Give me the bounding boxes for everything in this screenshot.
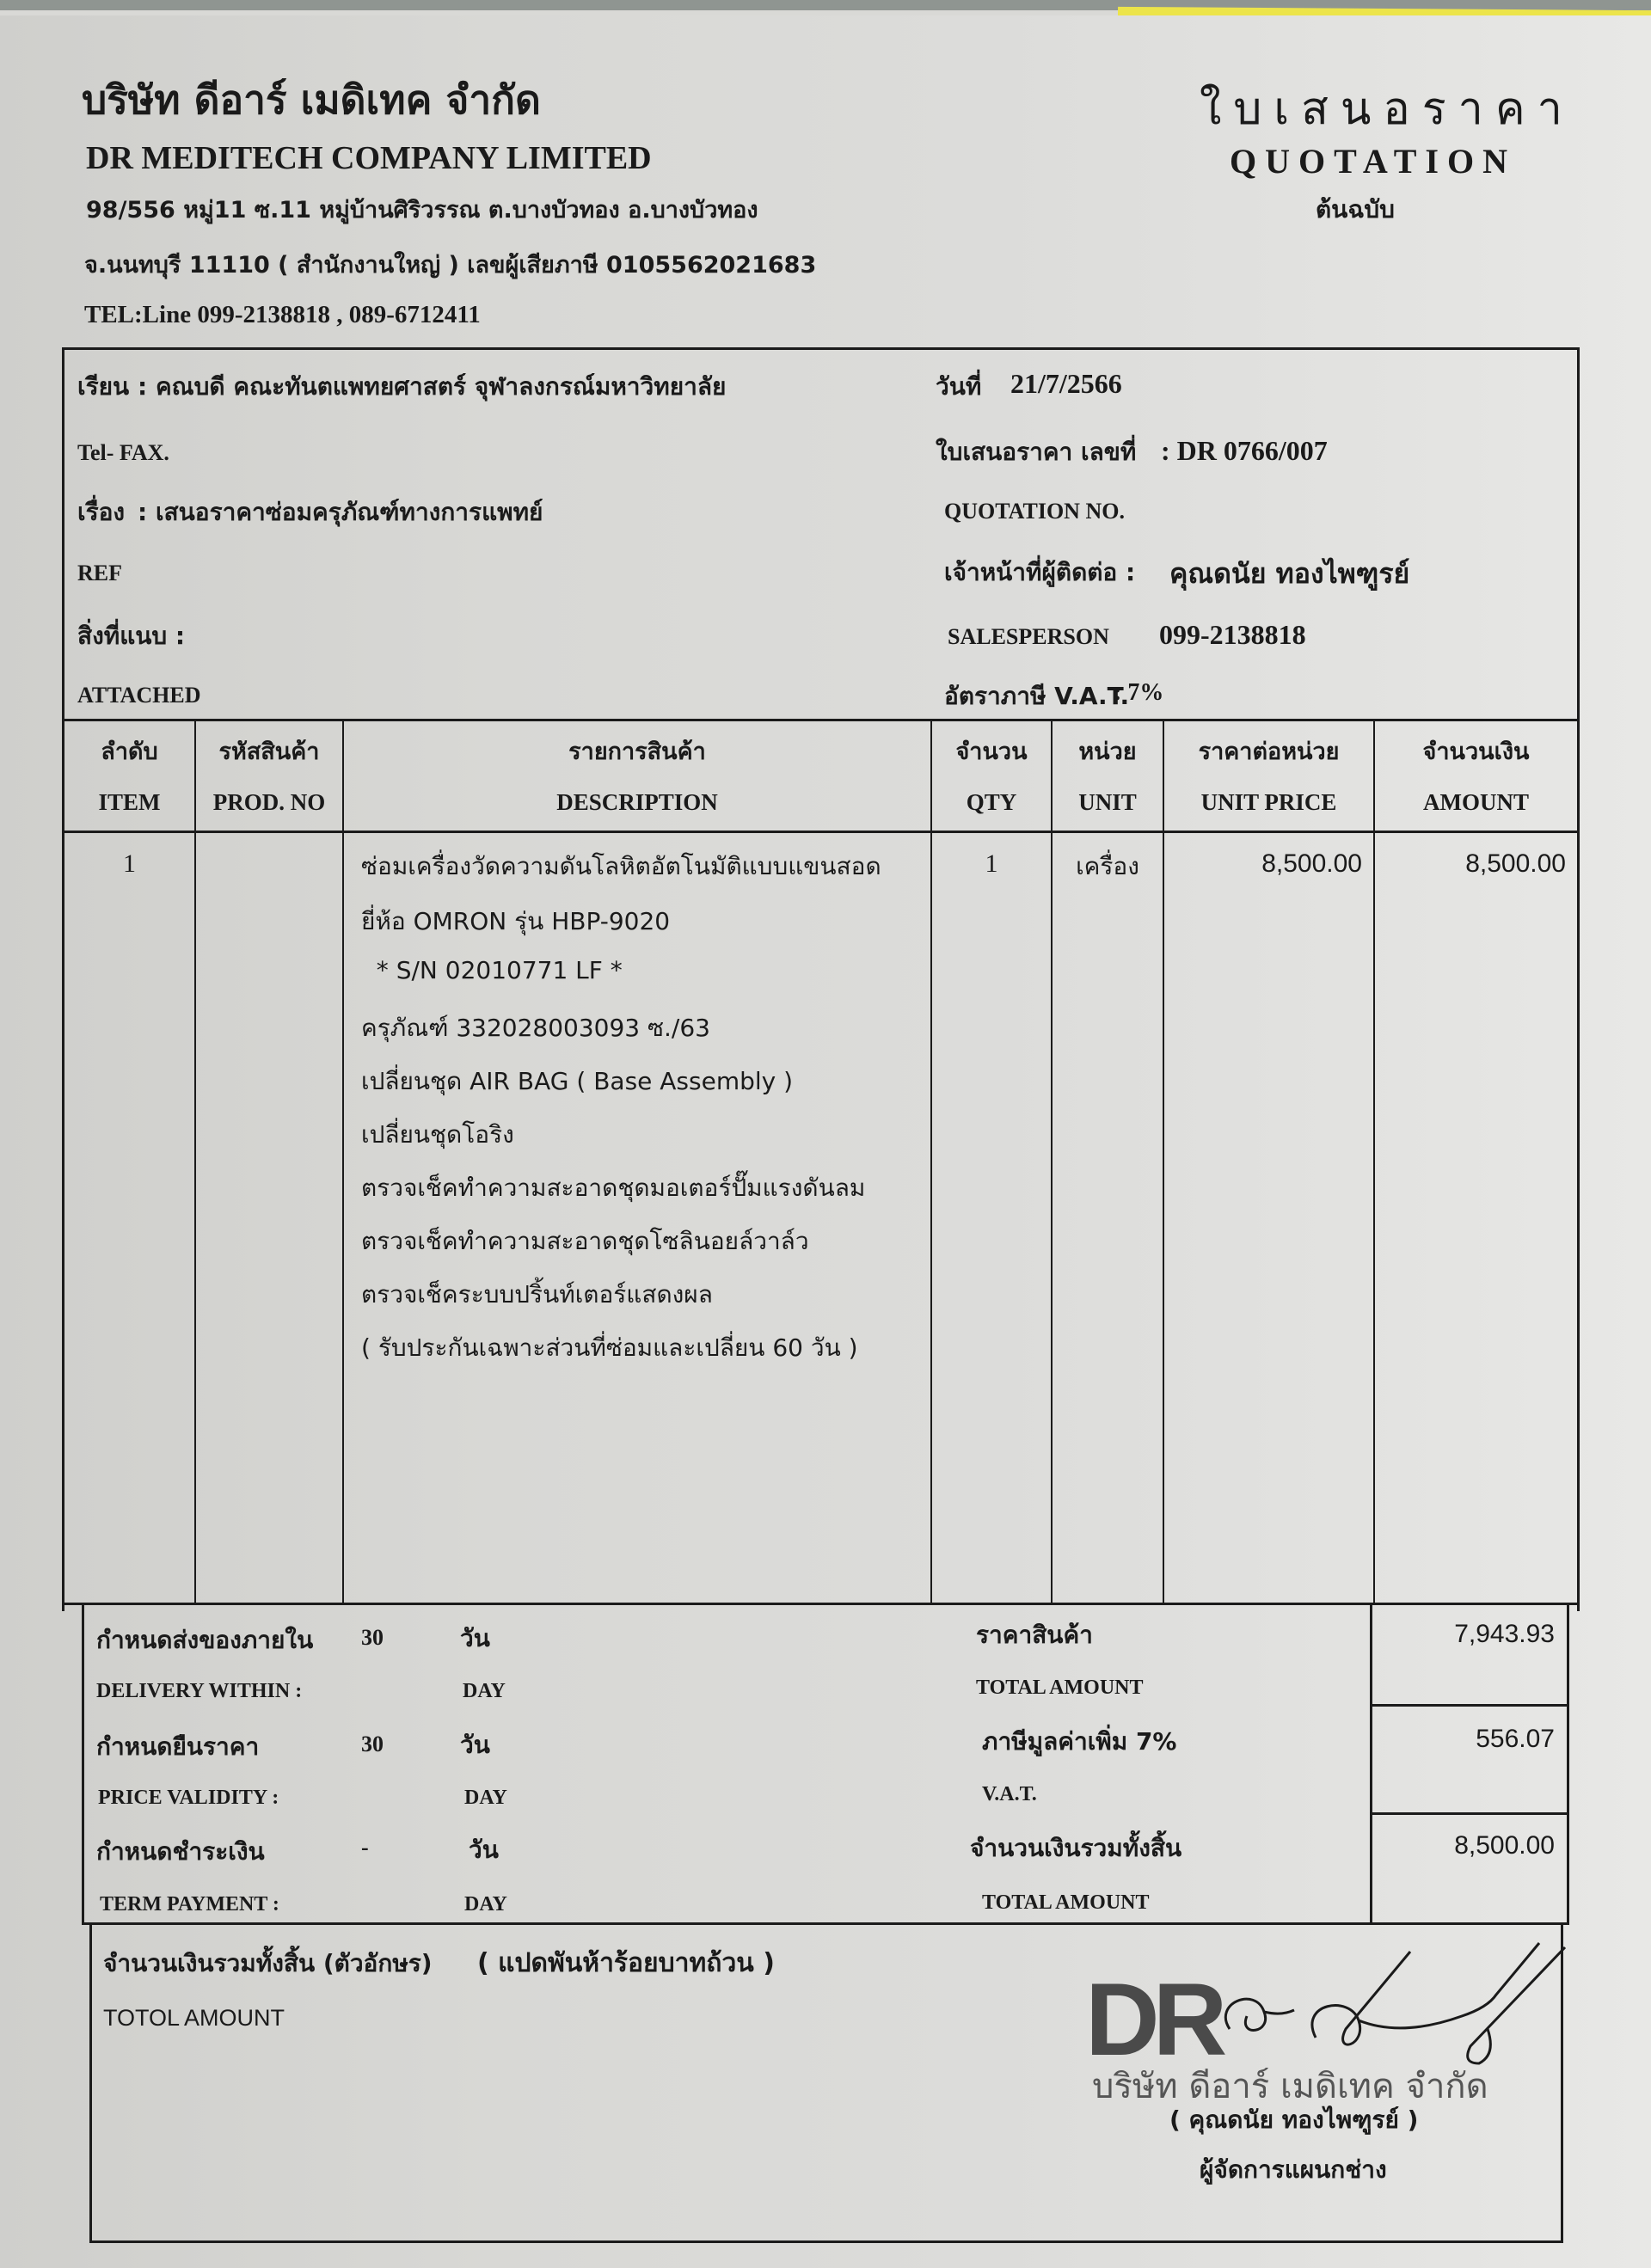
column-header-item-thai: ลำดับ (64, 733, 194, 769)
table-header-bottom-border (62, 831, 1580, 833)
telfax-label: Tel- FAX. (77, 440, 169, 466)
delivery-unit-english: DAY (463, 1680, 506, 1703)
table-header-top-border (62, 719, 1580, 721)
delivery-value: 30 (361, 1625, 384, 1651)
description-line: ( รับประกันเฉพาะส่วนที่ซ่อมและเปลี่ยน 60… (361, 1329, 858, 1367)
price-validity-unit-english: DAY (464, 1787, 507, 1810)
row-amount: 8,500.00 (1375, 849, 1566, 879)
words-bottom-border (89, 2240, 1563, 2243)
column-header-prod-no-thai: รหัสสินค้า (196, 733, 342, 769)
column-header-unit-price-thai: ราคาต่อหน่วย (1164, 733, 1373, 769)
price-validity-label-english: PRICE VALIDITY : (98, 1787, 279, 1810)
vat-label-english: V.A.T. (982, 1783, 1037, 1806)
attached-label-english: ATTACHED (77, 683, 201, 708)
column-header-amount: AMOUNT (1375, 789, 1577, 816)
document-title-english: QUOTATION (1230, 141, 1516, 181)
row-qty: 1 (932, 849, 1051, 879)
company-name-english: DR MEDITECH COMPANY LIMITED (86, 139, 652, 177)
vat-rate-value: : 7% (1114, 679, 1163, 707)
ref-label: REF (77, 561, 122, 586)
delivery-label-thai: กำหนดส่งของภายใน (96, 1621, 313, 1659)
description-line: ซ่อมเครื่องวัดความดันโลหิตอัตโนมัติแบบแข… (361, 848, 881, 886)
company-name-thai: บริษัท ดีอาร์ เมดิเทค จำกัด (82, 69, 541, 132)
document-title-thai: ใบเสนอราคา (1200, 72, 1574, 144)
description-line: ตรวจเช็คทำความสะอาดชุดมอเตอร์ปั๊มแรงดันล… (361, 1169, 865, 1207)
recipient-label: เรียน (77, 368, 129, 406)
column-header-unit-price: UNIT PRICE (1164, 789, 1373, 816)
delivery-label-english: DELIVERY WITHIN : (96, 1680, 302, 1703)
quotation-number-value: : DR 0766/007 (1161, 435, 1328, 467)
company-telephone: TEL:Line 099-2138818 , 089-6712411 (84, 301, 481, 329)
column-header-description-thai: รายการสินค้า (344, 733, 930, 769)
terms-left-border (82, 1604, 84, 1924)
delivery-unit-thai: วัน (460, 1620, 490, 1658)
terms-bottom-border (82, 1922, 1569, 1925)
column-header-qty: QTY (932, 789, 1051, 816)
signer-name: ( คุณดนัย ทองไพฑูรย์ ) (1169, 2101, 1418, 2139)
grand-total-value: 8,500.00 (1372, 1831, 1555, 1860)
price-validity-label-thai: กำหนดยืนราคา (96, 1728, 259, 1766)
column-header-unit-thai: หน่วย (1053, 733, 1163, 769)
column-header-prod-no: PROD. NO (196, 789, 342, 816)
grand-total-label-thai: จำนวนเงินรวมทั้งสิ้น (970, 1830, 1181, 1867)
payment-term-unit-english: DAY (464, 1893, 507, 1916)
company-address-line2: จ.นนทบุรี 11110 ( สำนักงานใหญ่ ) เลขผู้เ… (84, 246, 816, 283)
subtotal-value: 7,943.93 (1372, 1620, 1555, 1649)
attached-label-thai: สิ่งที่แนบ : (77, 617, 185, 655)
quotation-number-label: ใบเสนอราคา เลขที่ (936, 433, 1136, 471)
table-bottom-border (62, 1603, 1580, 1605)
company-address-line1: 98/556 หมู่11 ซ.11 หมู่บ้านศิริวรรณ ต.บา… (86, 191, 758, 228)
description-line: ครุภัณฑ์ 332028003093 ซ./63 (361, 1009, 710, 1047)
description-line: ยี่ห้อ OMRON รุ่น HBP-9020 (361, 903, 670, 941)
vat-value: 556.07 (1372, 1725, 1555, 1754)
row-unit: เครื่อง (1053, 848, 1163, 886)
payment-term-unit-thai: วัน (469, 1831, 499, 1869)
frame-left-border (62, 347, 64, 1611)
payment-term-value: - (361, 1835, 369, 1860)
column-header-description: DESCRIPTION (344, 789, 930, 816)
payment-term-label-english: TERM PAYMENT : (100, 1893, 279, 1916)
subject-value: : เสนอราคาซ่อมครุภัณฑ์ทางการแพทย์ (138, 493, 543, 531)
totals-row-divider (1370, 1704, 1568, 1707)
vat-rate-label: อัตราภาษี V.A.T. (944, 677, 1129, 715)
description-line: ตรวจเช็คระบบปริ้นท์เตอร์แสดงผล (361, 1276, 713, 1314)
totals-divider (1370, 1604, 1372, 1924)
frame-right-border (1577, 347, 1580, 1611)
quotation-number-label-english: QUOTATION NO. (944, 499, 1125, 524)
column-header-unit: UNIT (1053, 789, 1163, 816)
column-divider (194, 719, 196, 1604)
signer-title: ผู้จัดการแผนกช่าง (1200, 2151, 1387, 2189)
price-validity-unit-thai: วัน (460, 1726, 490, 1764)
subject-label: เรื่อง (77, 493, 125, 531)
salesperson-phone: 099-2138818 (1159, 619, 1306, 651)
words-left-border (89, 1922, 92, 2242)
column-header-qty-thai: จำนวน (932, 733, 1051, 769)
amount-in-words-label: จำนวนเงินรวมทั้งสิ้น (ตัวอักษร) (103, 1945, 433, 1983)
column-divider (342, 719, 344, 1604)
subtotal-label-thai: ราคาสินค้า (976, 1616, 1093, 1654)
amount-in-words-value: ( แปดพันห้าร้อยบาทถ้วน ) (477, 1943, 775, 1983)
description-line: เปลี่ยนชุด AIR BAG ( Base Assembly ) (361, 1063, 793, 1100)
contact-person-value: คุณดนัย ทองไพฑูรย์ (1169, 552, 1409, 596)
column-header-item: ITEM (64, 789, 194, 816)
payment-term-label-thai: กำหนดชำระเงิน (96, 1833, 265, 1871)
salesperson-label: SALESPERSON (948, 624, 1109, 650)
row-unit-price: 8,500.00 (1164, 849, 1362, 879)
recipient-value: : คณบดี คณะทันตแพทยศาสตร์ จุฬาลงกรณ์มหาว… (138, 368, 726, 406)
amount-in-words-label-english: TOTOL AMOUNT (103, 2005, 285, 2032)
totals-row-divider (1370, 1812, 1568, 1815)
column-header-amount-thai: จำนวนเงิน (1375, 733, 1577, 769)
subtotal-label-english: TOTAL AMOUNT (976, 1676, 1143, 1700)
description-line: ตรวจเช็คทำความสะอาดชุดโซลินอยล์วาล์ว (361, 1223, 809, 1260)
price-validity-value: 30 (361, 1732, 384, 1757)
quotation-document (0, 15, 1651, 2268)
row-item-number: 1 (64, 849, 194, 879)
frame-top-border (62, 347, 1580, 350)
contact-person-label: เจ้าหน้าที่ผู้ติดต่อ : (944, 554, 1135, 592)
vat-label-thai: ภาษีมูลค่าเพิ่ม 7% (982, 1723, 1176, 1761)
description-line: * S/N 02010771 LF * (361, 956, 623, 984)
date-label: วันที่ (936, 368, 981, 406)
date-value: 21/7/2566 (1010, 368, 1122, 400)
original-copy-label: ต้นฉบับ (1316, 191, 1395, 229)
grand-total-label-english: TOTAL AMOUNT (982, 1891, 1149, 1915)
description-line: เปลี่ยนชุดโอริง (361, 1116, 514, 1154)
totals-right-border (1567, 1604, 1569, 1924)
